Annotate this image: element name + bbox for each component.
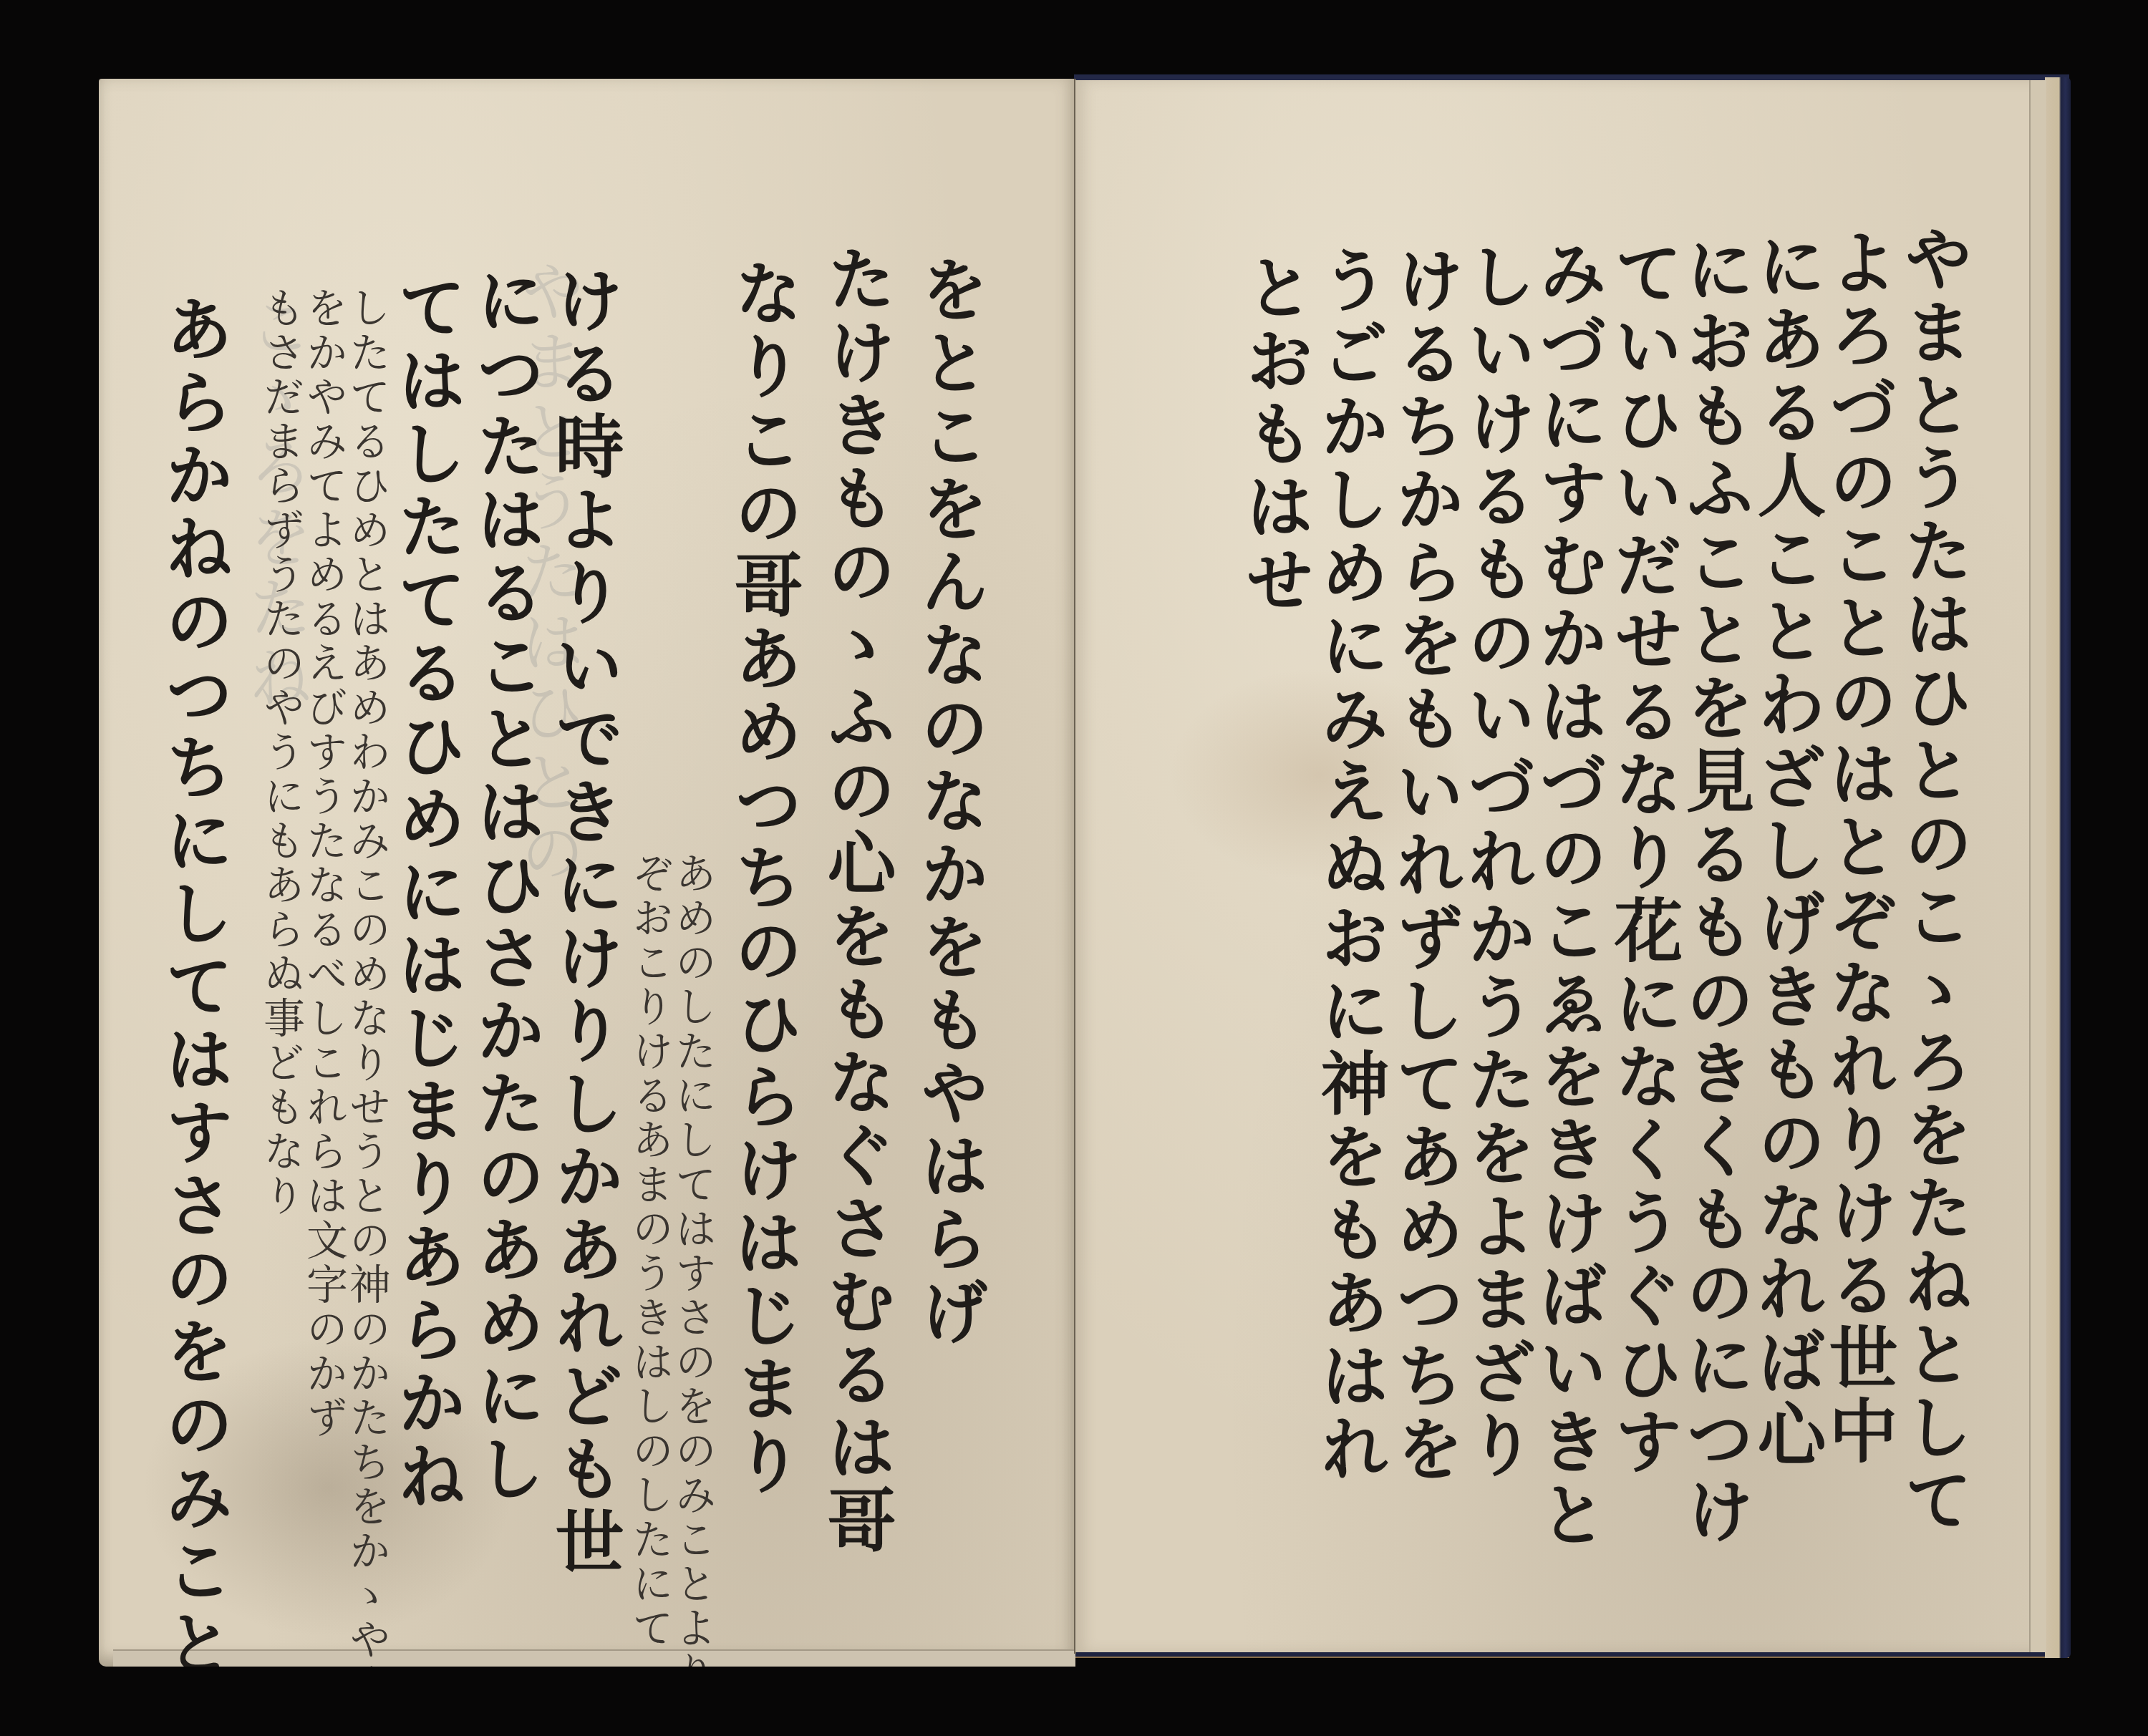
cover-fore-edge — [2045, 77, 2071, 1658]
page-fold-edge — [113, 1649, 1075, 1667]
text-column: におもふことを見るものきくものにつけ — [1680, 234, 1749, 1548]
text-column: たけきものゝふの心をもなぐさむるは哥 — [822, 243, 891, 1558]
text-column: みづにすむかはづのこゑをきけばいきと — [1534, 238, 1602, 1552]
annotation-column: をかやみてよめるえびすうたなるべしこれらは文字のかず — [303, 286, 344, 1440]
text-column: にある人ことわざしげきものなれば心 — [1752, 231, 1821, 1472]
annotation-column: ぞおこりけるあまのうきはしのしたにて — [629, 852, 670, 1651]
text-column: やまとうたはひとのこゝろをたねとして — [1899, 223, 1968, 1538]
cover-top-edge — [1074, 74, 2069, 80]
text-column: につたはることはひさかたのあめにし — [471, 265, 540, 1506]
annotation-column: もさだまらずうたのやうにもあらぬ事どもなり — [260, 286, 301, 1218]
left-page: やまとうたはひとの こゝろをたね をとこをんなのなかをもやはらげ たけきものゝふ… — [99, 79, 1075, 1667]
text-column: しいけるものいづれかうたをよまざり — [1462, 241, 1531, 1483]
text-column: うごかしめにみえぬおに神をもあはれ — [1315, 245, 1384, 1486]
text-column: てはしたてるひめにはじまりあらかね — [392, 272, 461, 1513]
text-column: なりこの哥あめつちのひらけはじまり — [729, 258, 798, 1499]
right-page: やまとうたはひとのこゝろをたねとして よろづのことのはとぞなれりける世中 にある… — [1075, 80, 2046, 1652]
text-column: あらかねのつちにしてはすさのをのみこと — [160, 294, 228, 1667]
text-column: ける時よりいできにけりしかあれども世 — [550, 265, 619, 1579]
text-column: をとこをんなのなかをもやはらげ — [915, 254, 984, 1349]
annotation-column: あめのしたにしてはすさのをのみことより — [672, 852, 713, 1667]
text-column: けるちからをもいれずしてあめつちを — [1390, 245, 1459, 1486]
annotation-column: したてるひめとはあめわかみこのめなりせうとの神のかたちをかゝやく — [346, 286, 387, 1667]
text-column: とおもはせ — [1240, 252, 1309, 617]
text-column: ていひいだせるなり花になくうぐひす — [1609, 238, 1678, 1479]
page-fore-edge — [2029, 80, 2046, 1652]
text-column: よろづのことのはとぞなれりける世中 — [1824, 227, 1892, 1468]
